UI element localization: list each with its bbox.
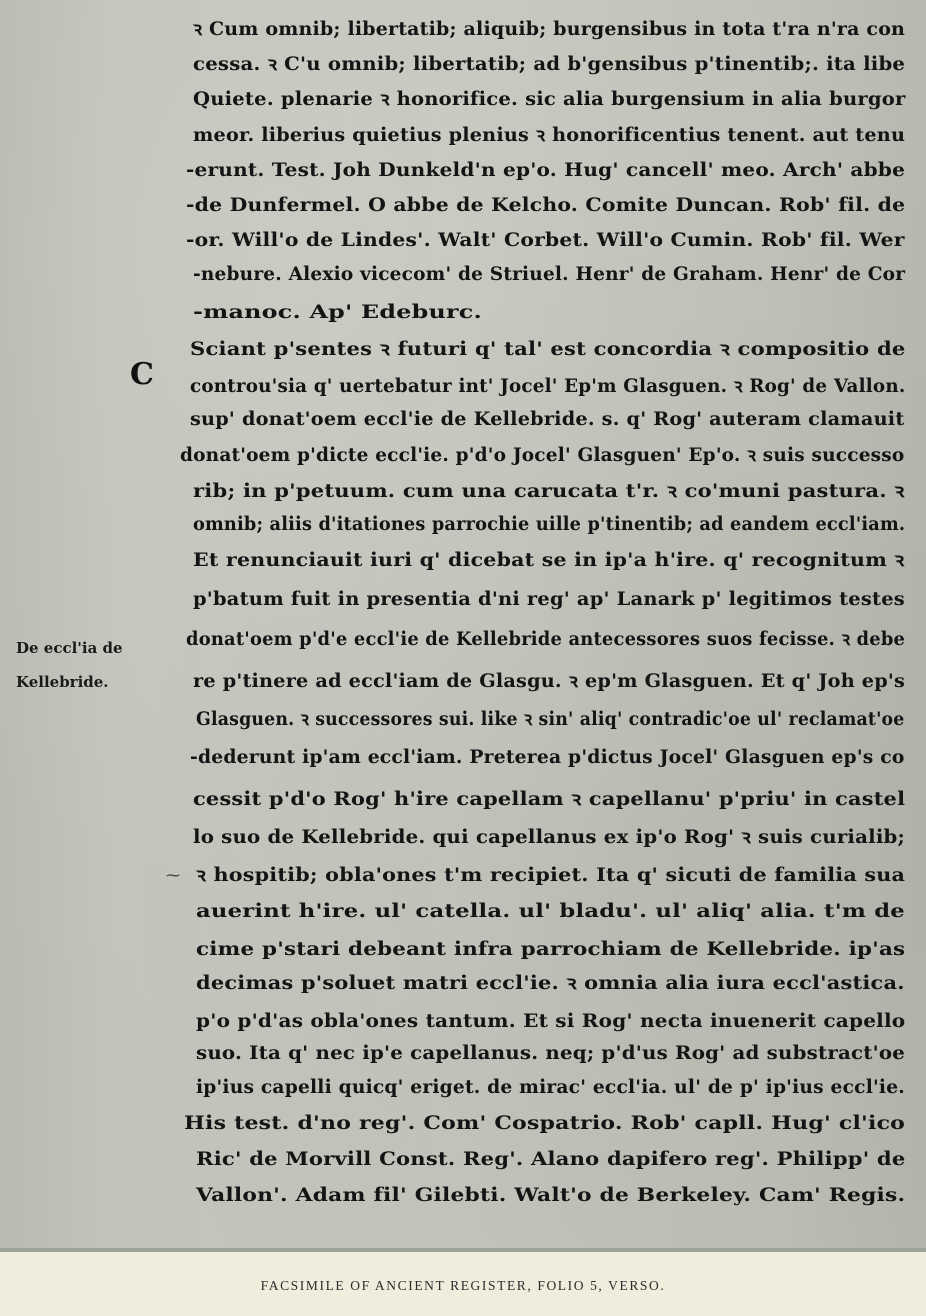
manuscript-line: Glasguen. ꝛ successores sui. like ꝛ sin'…	[196, 710, 905, 729]
stray-ink-mark: ⁓	[166, 868, 180, 884]
manuscript-line: cessa. ꝛ C'u omnib; libertatib; ad b'gen…	[193, 55, 905, 74]
manuscript-line: His test. d'no reg'. Com' Cospatrio. Rob…	[184, 1114, 905, 1133]
manuscript-line: p'batum fuit in presentia d'ni reg' ap' …	[193, 590, 905, 609]
margin-note-line-2: Kellebride.	[16, 675, 109, 690]
manuscript-line: -de Dunfermel. O abbe de Kelcho. Comite …	[186, 196, 905, 215]
margin-note-line-1: De eccl'ia de	[16, 641, 123, 656]
facsimile-plate: C ⁓ De eccl'ia de Kellebride. ꝛ Cum omni…	[0, 0, 926, 1316]
manuscript-line: p'o p'd'as obla'ones tantum. Et si Rog' …	[196, 1012, 905, 1031]
manuscript-line: -or. Will'o de Lindes'. Walt' Corbet. Wi…	[186, 231, 905, 250]
manuscript-line: Vallon'. Adam fil' Gilebti. Walt'o de Be…	[196, 1186, 905, 1205]
manuscript-line: decimas p'soluet matri eccl'ie. ꝛ omnia …	[196, 974, 905, 993]
manuscript-line: donat'oem p'd'e eccl'ie de Kellebride an…	[186, 630, 905, 649]
manuscript-line: re p'tinere ad eccl'iam de Glasgu. ꝛ ep'…	[193, 672, 905, 691]
manuscript-line: cessit p'd'o Rog' h'ire capellam ꝛ capel…	[193, 790, 905, 809]
manuscript-line: Quiete. plenarie ꝛ honorifice. sic alia …	[193, 90, 906, 109]
manuscript-line: -nebure. Alexio vicecom' de Striuel. Hen…	[193, 265, 905, 284]
manuscript-line: Ric' de Morvill Const. Reg'. Alano dapif…	[196, 1150, 906, 1169]
plate-caption: FACSIMILE OF ANCIENT REGISTER, FOLIO 5, …	[0, 1252, 926, 1316]
manuscript-line: Sciant p'sentes ꝛ futuri q' tal' est con…	[190, 340, 906, 359]
manuscript-line: controu'sia q' uertebatur int' Jocel' Ep…	[190, 377, 905, 396]
manuscript-line: ꝛ Cum omnib; libertatib; aliquib; burgen…	[193, 20, 902, 39]
manuscript-line: -erunt. Test. Joh Dunkeld'n ep'o. Hug' c…	[186, 161, 905, 180]
manuscript-line: donat'oem p'dicte eccl'ie. p'd'o Jocel' …	[180, 446, 904, 465]
manuscript-line: -dederunt ip'am eccl'iam. Preterea p'dic…	[190, 748, 905, 767]
paragraph-mark-icon: C	[130, 360, 154, 390]
manuscript-line: cime p'stari debeant infra parrochiam de…	[196, 940, 905, 959]
manuscript-line: omnib; aliis d'itationes parrochie uille…	[193, 515, 905, 534]
manuscript-page-image: C ⁓ De eccl'ia de Kellebride. ꝛ Cum omni…	[0, 0, 926, 1252]
manuscript-line: auerint h'ire. ul' catella. ul' bladu'. …	[196, 902, 905, 921]
manuscript-line: suo. Ita q' nec ip'e capellanus. neq; p'…	[196, 1044, 905, 1063]
manuscript-line: -manoc. Ap' Edeburc.	[193, 303, 482, 322]
manuscript-line: ip'ius capelli quicq' eriget. de mirac' …	[196, 1078, 905, 1097]
manuscript-line: ꝛ hospitib; obla'ones t'm recipiet. Ita …	[196, 866, 905, 885]
manuscript-line: Et renunciauit iuri q' dicebat se in ip'…	[193, 551, 904, 570]
manuscript-line: sup' donat'oem eccl'ie de Kellebride. s.…	[190, 410, 904, 429]
manuscript-line: meor. liberius quietius plenius ꝛ honori…	[193, 126, 905, 145]
manuscript-line: lo suo de Kellebride. qui capellanus ex …	[193, 828, 905, 847]
manuscript-line: rib; in p'petuum. cum una carucata t'r. …	[193, 482, 904, 501]
